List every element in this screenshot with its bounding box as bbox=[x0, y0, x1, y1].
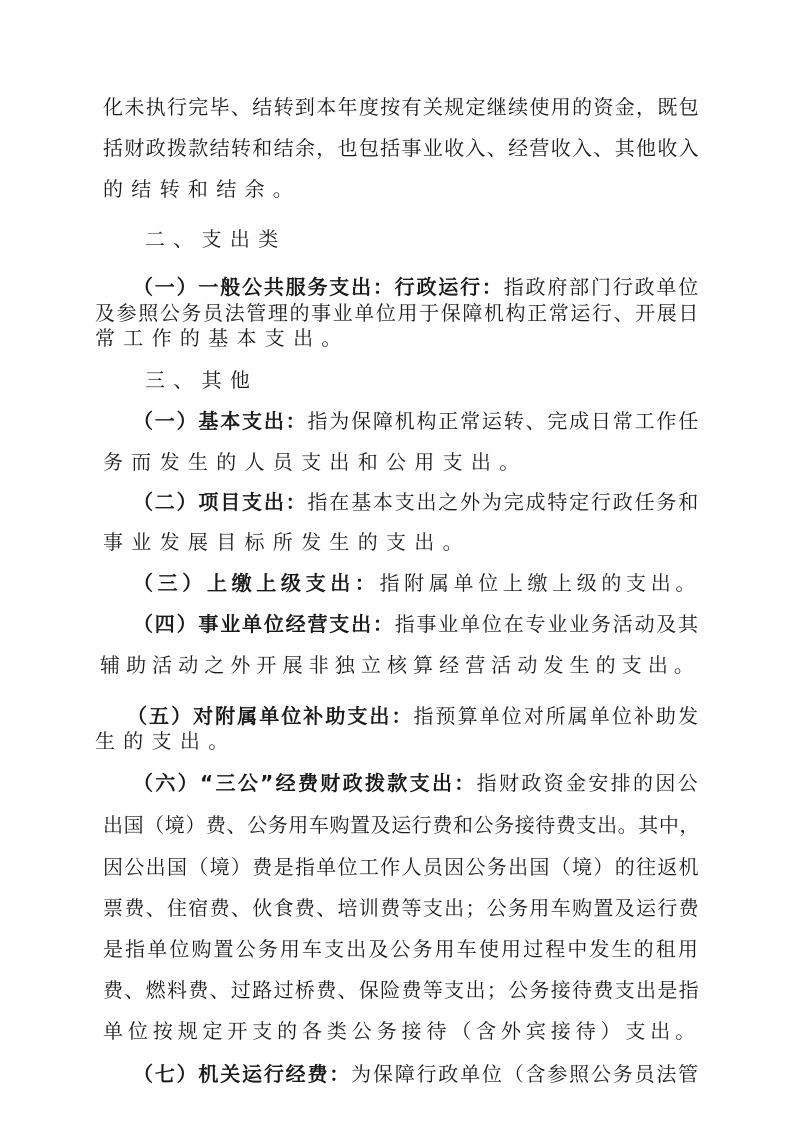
body-text: 指政府部门行政单位 bbox=[504, 275, 700, 299]
body-text: 为保障行政单位（含参照公务员法管 bbox=[351, 1062, 700, 1086]
term-label: （一）基本支出： bbox=[133, 409, 307, 433]
text-line: 括财政拨款结转和结余，也包括事业收入、经营收入、其他收入 bbox=[103, 135, 700, 161]
body-text: 是指单位购置公务用车支出及公务用车使用过程中发生的租用 bbox=[103, 937, 700, 961]
text-line: （一）基本支出：指为保障机构正常运转、完成日常工作任 bbox=[133, 408, 700, 434]
text-line: （五）对附属单位补助支出：指预算单位对所属单位补助发 bbox=[127, 703, 700, 729]
term-label: （三）上缴上级支出： bbox=[133, 571, 380, 595]
body-text: 常工作的基本支出。 bbox=[95, 326, 350, 350]
text-line: （六）“三公”经费财政拨款支出：指财政资金安排的因公 bbox=[133, 770, 700, 796]
body-text: 票费、住宿费、伙食费、培训费等支出；公务用车购置及运行费 bbox=[103, 896, 700, 920]
body-text: 辅助活动之外开展非独立核算经营活动发生的支出。 bbox=[100, 653, 700, 677]
body-text: 及参照公务员法管理的事业单位用于保障机构正常运行、开展日 bbox=[95, 301, 700, 325]
body-text: 费、燃料费、过路过桥费、保险费等支出；公务接待费支出是指 bbox=[103, 978, 700, 1002]
text-line: 出国（境）费、公务用车购置及运行费和公务接待费支出。其中， bbox=[103, 812, 700, 838]
text-line: 是指单位购置公务用车支出及公务用车使用过程中发生的租用 bbox=[103, 936, 700, 962]
text-line: 化未执行完毕、结转到本年度按有关规定继续使用的资金，既包 bbox=[103, 94, 700, 120]
text-line: 的结转和结余。 bbox=[103, 176, 301, 202]
body-text: 指预算单位对所属单位补助发 bbox=[414, 704, 701, 728]
body-text: 括财政拨款结转和结余，也包括事业收入、经营收入、其他收入 bbox=[103, 136, 700, 160]
body-text: 事业发展目标所发生的支出。 bbox=[103, 530, 471, 554]
term-label: （六）“三公”经费财政拨款支出： bbox=[133, 771, 477, 795]
text-line: 因公出国（境）费是指单位工作人员因公务出国（境）的往返机 bbox=[103, 854, 700, 880]
heading-text: 二、支出类 bbox=[145, 227, 287, 251]
body-text: 指财政资金安排的因公 bbox=[477, 771, 700, 795]
text-line: 三、其他 bbox=[145, 367, 258, 393]
body-text: 因公出国（境）费是指单位工作人员因公务出国（境）的往返机 bbox=[103, 855, 700, 879]
text-line: 单位按规定开支的各类公务接待（含外宾接待）支出。 bbox=[103, 1018, 700, 1044]
term-label: （一）一般公共服务支出：行政运行： bbox=[133, 275, 504, 299]
term-label: （二）项目支出： bbox=[133, 490, 307, 514]
text-line: （一）一般公共服务支出：行政运行：指政府部门行政单位 bbox=[133, 274, 700, 300]
text-line: 务而发生的人员支出和公用支出。 bbox=[103, 449, 528, 475]
body-text: 化未执行完毕、结转到本年度按有关规定继续使用的资金，既包 bbox=[103, 95, 700, 119]
text-line: （七）机关运行经费：为保障行政单位（含参照公务员法管 bbox=[133, 1061, 700, 1087]
text-line: 生的支出。 bbox=[95, 728, 237, 754]
text-line: 辅助活动之外开展非独立核算经营活动发生的支出。 bbox=[100, 652, 700, 678]
body-text: 的结转和结余。 bbox=[103, 177, 301, 201]
body-text: 指附属单位上缴上级的支出。 bbox=[380, 571, 700, 595]
text-line: 事业发展目标所发生的支出。 bbox=[103, 529, 471, 555]
text-line: （三）上缴上级支出：指附属单位上缴上级的支出。 bbox=[133, 570, 700, 596]
text-line: （二）项目支出：指在基本支出之外为完成特定行政任务和 bbox=[133, 489, 700, 515]
text-line: （四）事业单位经营支出：指事业单位在专业业务活动及其 bbox=[133, 611, 700, 637]
term-label: （四）事业单位经营支出： bbox=[133, 612, 395, 636]
body-text: 指事业单位在专业业务活动及其 bbox=[395, 612, 700, 636]
body-text: 指为保障机构正常运转、完成日常工作任 bbox=[307, 409, 700, 433]
body-text: 出国（境）费、公务用车购置及运行费和公务接待费支出。其中， bbox=[103, 813, 700, 837]
body-text: 单位按规定开支的各类公务接待（含外宾接待）支出。 bbox=[103, 1019, 700, 1043]
body-text: 务而发生的人员支出和公用支出。 bbox=[103, 450, 528, 474]
heading-text: 三、其他 bbox=[145, 368, 258, 392]
text-line: 常工作的基本支出。 bbox=[95, 325, 350, 351]
text-line: 票费、住宿费、伙食费、培训费等支出；公务用车购置及运行费 bbox=[103, 895, 700, 921]
term-label: （五）对附属单位补助支出： bbox=[127, 704, 414, 728]
text-line: 费、燃料费、过路过桥费、保险费等支出；公务接待费支出是指 bbox=[103, 977, 700, 1003]
body-text: 指在基本支出之外为完成特定行政任务和 bbox=[307, 490, 700, 514]
body-text: 生的支出。 bbox=[95, 729, 237, 753]
text-line: 二、支出类 bbox=[145, 226, 287, 252]
text-line: 及参照公务员法管理的事业单位用于保障机构正常运行、开展日 bbox=[95, 300, 700, 326]
term-label: （七）机关运行经费： bbox=[133, 1062, 351, 1086]
